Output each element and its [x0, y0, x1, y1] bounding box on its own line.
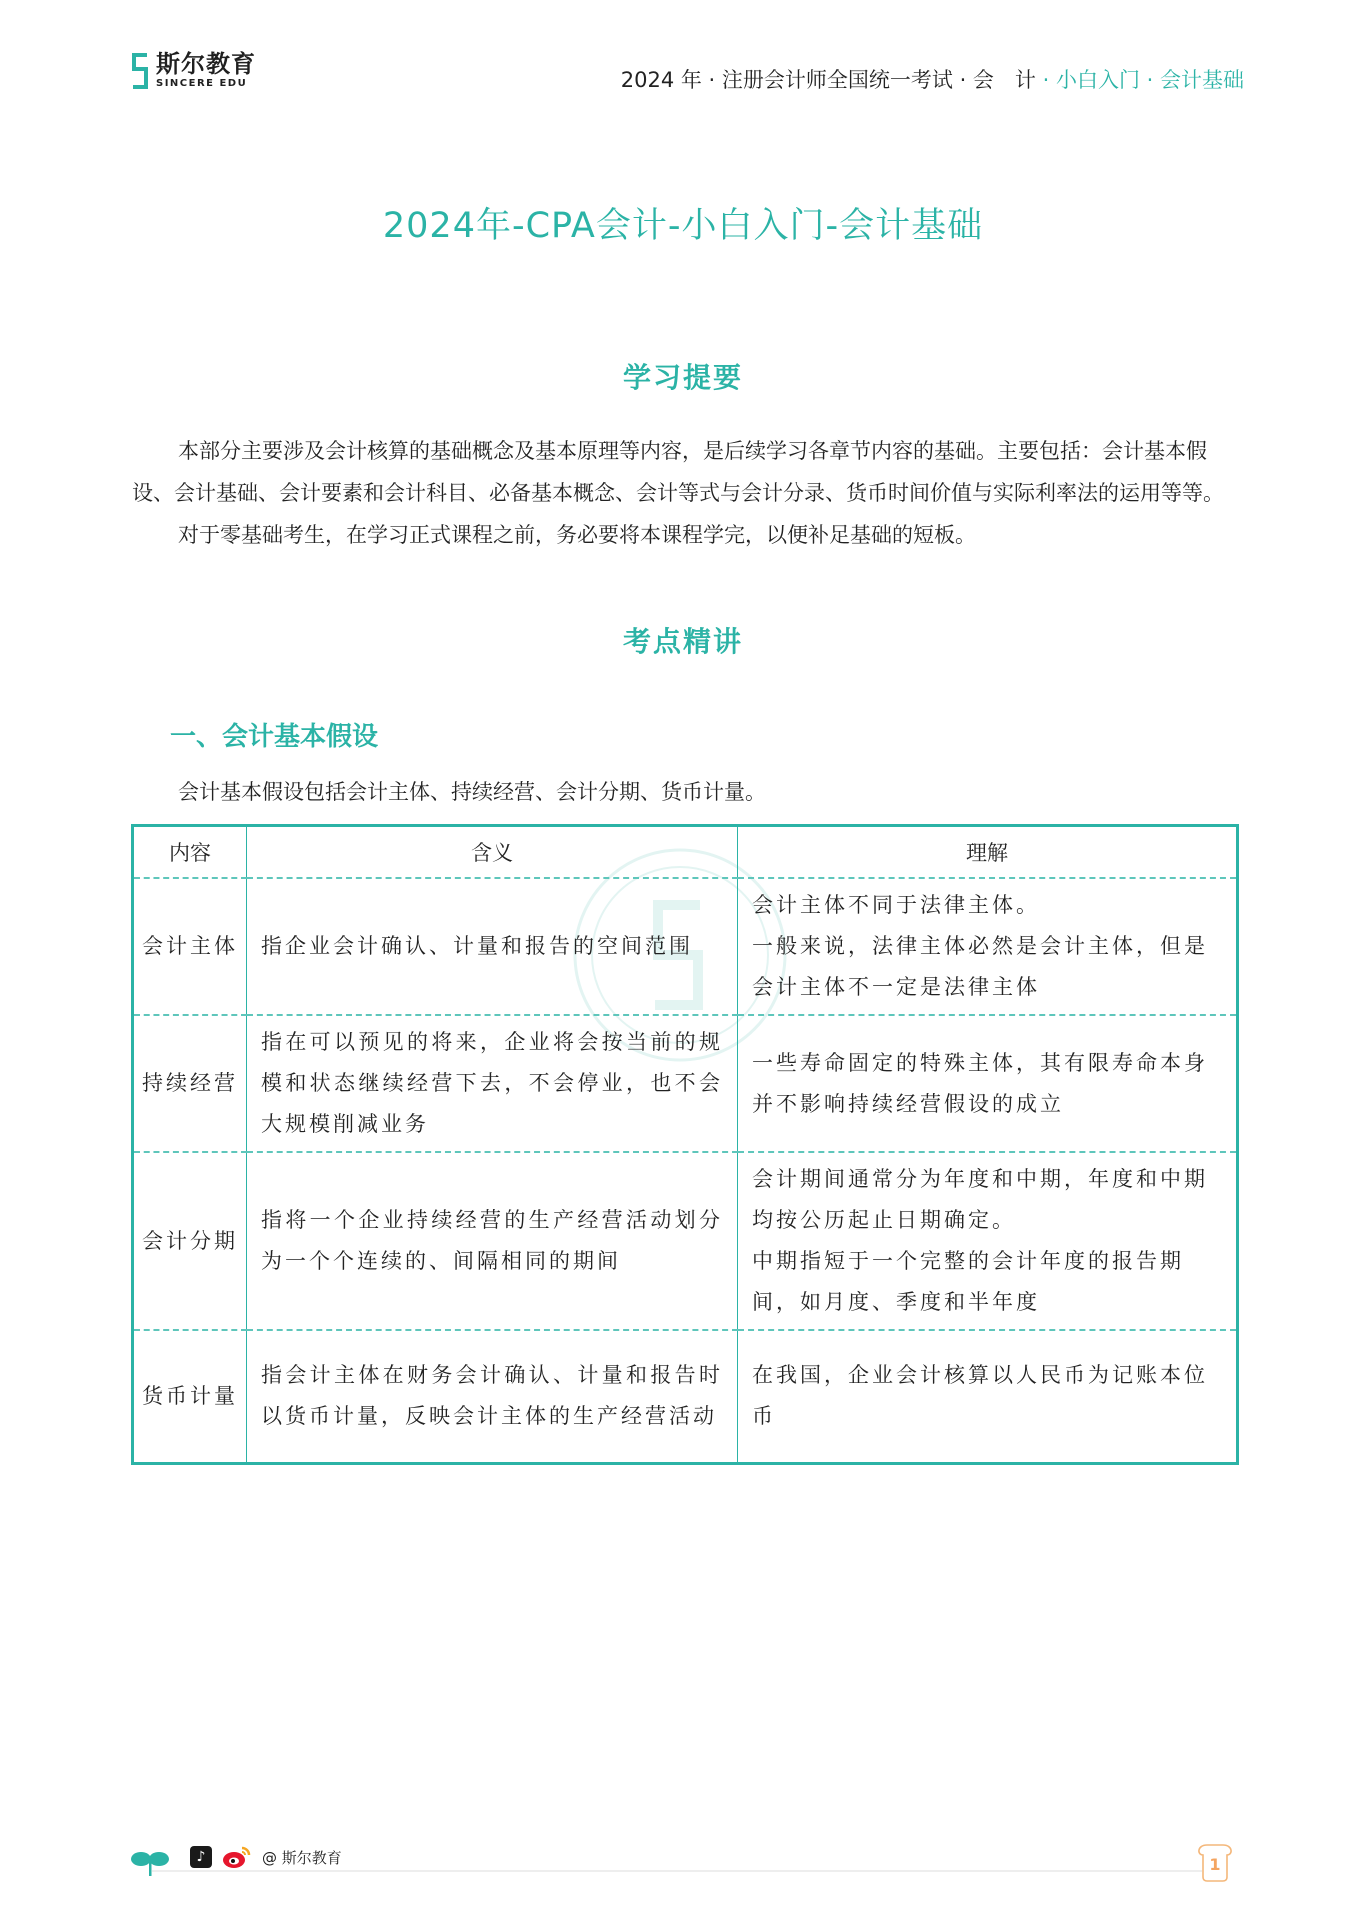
table-row: 货币计量 指会计主体在财务会计确认、计量和报告时以货币计量，反映会计主体的生产经…	[133, 1330, 1238, 1463]
cell-content: 会计主体	[133, 878, 247, 1015]
subsection-heading: 一、会计基本假设	[170, 716, 378, 753]
document-title: 2024年-CPA会计-小白入门-会计基础	[0, 198, 1366, 248]
sprout-icon	[130, 1848, 170, 1878]
cell-understanding: 一些寿命固定的特殊主体，其有限寿命本身并不影响持续经营假设的成立	[738, 1015, 1238, 1152]
social-handle: @ 斯尔教育	[262, 1847, 342, 1868]
cell-meaning: 指将一个企业持续经营的生产经营活动划分为一个个连续的、间隔相同的期间	[247, 1152, 738, 1330]
cell-content: 货币计量	[133, 1330, 247, 1463]
page-number: 1	[1197, 1843, 1233, 1883]
cell-understanding: 在我国，企业会计核算以人民币为记账本位币	[738, 1330, 1238, 1463]
cell-meaning: 指在可以预见的将来，企业将会按当前的规模和状态继续经营下去，不会停业，也不会大规…	[247, 1015, 738, 1152]
cell-content: 持续经营	[133, 1015, 247, 1152]
lead-text: 会计基本假设包括会计主体、持续经营、会计分期、货币计量。	[178, 776, 766, 806]
table-row: 持续经营 指在可以预见的将来，企业将会按当前的规模和状态继续经营下去，不会停业，…	[133, 1015, 1238, 1152]
header-breadcrumb: 2024 年 · 注册会计师全国统一考试 · 会 计 · 小白入门 · 会计基础	[621, 64, 1244, 94]
section-heading-study-summary: 学习提要	[0, 356, 1366, 396]
logo-cn-text: 斯尔教育	[156, 52, 256, 76]
breadcrumb-main: 2024 年 · 注册会计师全国统一考试 · 会 计	[621, 68, 1036, 92]
footer-divider	[152, 1870, 1202, 1872]
social-links: ♪ @ 斯尔教育	[190, 1845, 342, 1869]
cell-content: 会计分期	[133, 1152, 247, 1330]
section-heading-key-points: 考点精讲	[0, 620, 1366, 660]
page-header: 斯尔教育 SINCERE EDU 2024 年 · 注册会计师全国统一考试 · …	[0, 0, 1366, 110]
page-number-text: 1	[1197, 1855, 1233, 1874]
cell-understanding: 会计期间通常分为年度和中期，年度和中期均按公历起止日期确定。 中期指短于一个完整…	[738, 1152, 1238, 1330]
header-content: 内容	[133, 826, 247, 879]
intro-paragraph: 本部分主要涉及会计核算的基础概念及基本原理等内容，是后续学习各章节内容的基础。主…	[132, 430, 1240, 514]
weibo-icon[interactable]	[222, 1845, 252, 1869]
logo-s-icon	[130, 53, 150, 89]
intro-text: 本部分主要涉及会计核算的基础概念及基本原理等内容，是后续学习各章节内容的基础。主…	[132, 430, 1240, 556]
cell-meaning: 指企业会计确认、计量和报告的空间范围	[247, 878, 738, 1015]
brand-logo: 斯尔教育 SINCERE EDU	[130, 52, 256, 89]
table-header-row: 内容 含义 理解	[133, 826, 1238, 879]
douyin-icon[interactable]: ♪	[190, 1846, 212, 1868]
table-row: 会计主体 指企业会计确认、计量和报告的空间范围 会计主体不同于法律主体。 一般来…	[133, 878, 1238, 1015]
breadcrumb-accent: · 小白入门 · 会计基础	[1036, 68, 1244, 92]
header-meaning: 含义	[247, 826, 738, 879]
cell-meaning: 指会计主体在财务会计确认、计量和报告时以货币计量，反映会计主体的生产经营活动	[247, 1330, 738, 1463]
logo-en-text: SINCERE EDU	[156, 79, 256, 89]
table-row: 会计分期 指将一个企业持续经营的生产经营活动划分为一个个连续的、间隔相同的期间 …	[133, 1152, 1238, 1330]
intro-paragraph: 对于零基础考生，在学习正式课程之前，务必要将本课程学完，以便补足基础的短板。	[132, 514, 1240, 556]
assumptions-table: 内容 含义 理解 会计主体 指企业会计确认、计量和报告的空间范围 会计主体不同于…	[131, 824, 1239, 1465]
header-understanding: 理解	[738, 826, 1238, 879]
cell-understanding: 会计主体不同于法律主体。 一般来说，法律主体必然是会计主体，但是会计主体不一定是…	[738, 878, 1238, 1015]
